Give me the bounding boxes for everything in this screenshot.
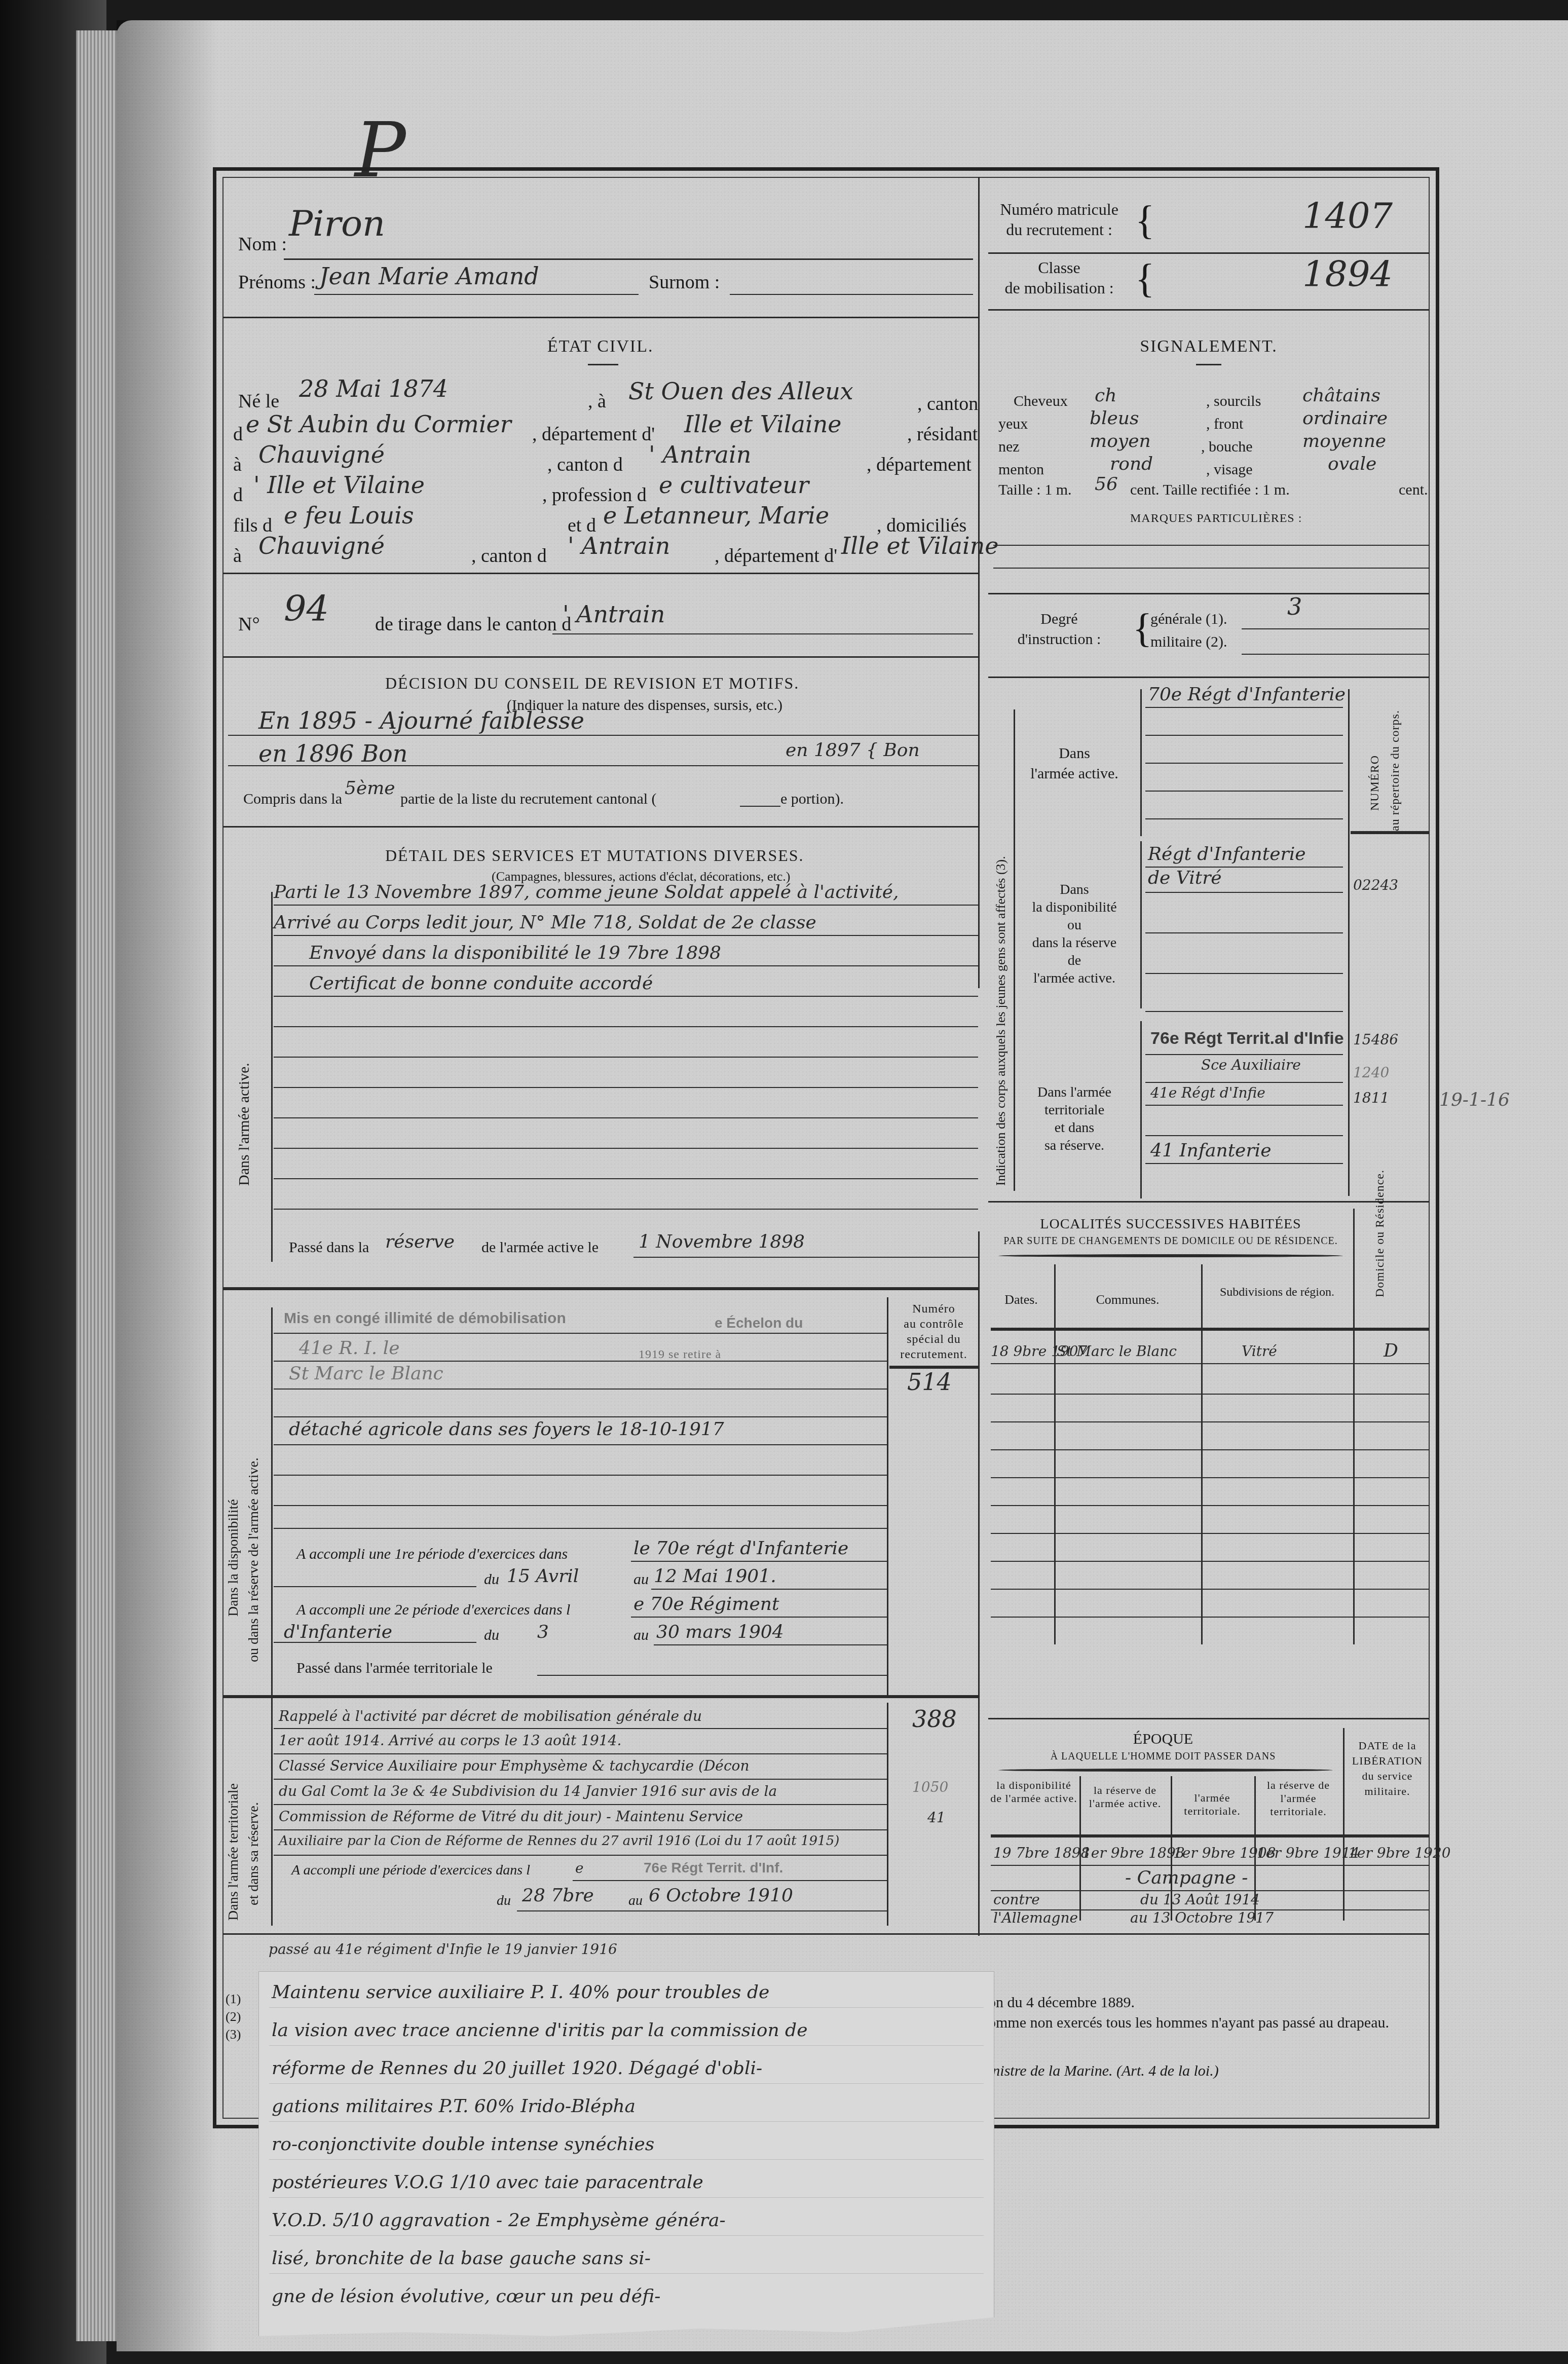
pasted-note-top-line: passé au 41e régiment d'Infie le 19 janv…	[269, 1941, 617, 1958]
localite-row-1-dr: D	[1384, 1340, 1398, 1361]
bouche-label: , bouche	[1201, 438, 1253, 456]
dispo-label-1: Dans	[1019, 882, 1130, 898]
territoriale-line-1: Rappelé à l'activité par décret de mobil…	[279, 1708, 702, 1724]
pasted-note: Maintenu service auxiliaire P. I. 40% po…	[258, 1971, 994, 2347]
page-gutter-shadow	[117, 20, 218, 2351]
service-rule-7	[274, 1087, 978, 1088]
militaire-underline	[1242, 654, 1429, 655]
territ-rule-4	[1145, 1135, 1343, 1136]
territoriale-controle-value: 388	[912, 1705, 957, 1733]
note-rule	[269, 2159, 984, 2160]
echelon-stamp: e Échelon du	[715, 1315, 803, 1331]
corps-numero-divider	[1348, 689, 1350, 1196]
territoriale-faded-stamp: 76e Régt Territ. d'Inf.	[644, 1860, 783, 1876]
matricule-label-2: du recrutement :	[988, 220, 1130, 239]
note-rule	[269, 2197, 984, 2198]
territoriale-periode-du: 28 7bre	[522, 1885, 594, 1906]
localites-subtitle: PAR SUITE DE CHANGEMENTS DE DOMICILE OU …	[988, 1235, 1353, 1247]
etat-civil-title: ÉTAT CIVIL.	[547, 337, 653, 356]
epoque-flourish	[998, 1769, 1333, 1772]
territ-rule-2	[1145, 1082, 1343, 1083]
corps-side-label: Indication des corps auxquels les jeunes…	[993, 856, 1009, 1186]
departement-parents-value: Ille et Vilaine	[841, 532, 999, 559]
yeux-value: bleus	[1090, 408, 1139, 429]
epoque-col-2-header: la réserve de l'armée active.	[1080, 1784, 1170, 1810]
note-line-6: postérieures V.O.G 1/10 avec taie parace…	[272, 2172, 703, 2193]
epoque-rule-1	[991, 1865, 1429, 1866]
territoriale-line-2: 1er août 1914. Arrivé au corps le 13 aoû…	[279, 1732, 621, 1749]
dispo-label-4: dans la réserve	[1019, 935, 1130, 951]
periode2-corps-underline	[631, 1617, 887, 1618]
periode2-au-underline	[654, 1644, 887, 1645]
epoque-col-4-header: la réserve de l'armée territoriale.	[1255, 1779, 1341, 1818]
periode2-corps: e 70e Régiment	[633, 1594, 779, 1615]
periode1-du-label: du	[484, 1571, 499, 1588]
domicile-a-label: à	[233, 545, 242, 567]
reserve-divider	[223, 1695, 978, 1698]
territ-label-4: sa réserve.	[1019, 1138, 1130, 1154]
matricule-label-1: Numéro matricule	[988, 200, 1130, 219]
note-line-8: lisé, bronchite de la base gauche sans s…	[272, 2248, 651, 2269]
periode1-au-value: 12 Mai 1901.	[654, 1566, 776, 1587]
corps-divider	[988, 1201, 1429, 1203]
departement-naissance-value: Ille et Vilaine	[684, 410, 842, 438]
controle-label-1: Numéro	[889, 1302, 978, 1316]
sourcils-label: , sourcils	[1206, 393, 1261, 410]
instruction-divider	[988, 677, 1429, 678]
dispo-bracket	[1140, 841, 1142, 1008]
territoriale-periode-corps: e	[575, 1860, 584, 1877]
generale-underline	[1242, 628, 1429, 629]
service-rule-2	[274, 935, 978, 936]
territoriale-periode-au: 6 Octobre 1910	[649, 1885, 793, 1906]
departement-parents-label: , département d'	[715, 545, 837, 567]
epoque-col-3-header: l'armée territoriale.	[1172, 1791, 1253, 1818]
periode2-au-label: au	[633, 1627, 649, 1644]
campagne-2: l'Allemagne	[993, 1909, 1078, 1926]
tirage-divider	[223, 656, 978, 658]
territ-value-3: 41e Régt d'Infie	[1150, 1084, 1265, 1101]
reserve-hand-1: 41e R. I. le	[299, 1338, 399, 1359]
nez-value: moyen	[1090, 431, 1151, 452]
territ-bracket	[1140, 1021, 1142, 1198]
classe-brace: {	[1135, 256, 1154, 302]
departement-residence-label: , département	[867, 454, 972, 476]
degre-brace: {	[1133, 606, 1152, 652]
localites-col-divider-1	[1054, 1264, 1056, 1644]
localites-rule-3	[991, 1421, 1429, 1422]
taille-value: 56	[1095, 474, 1118, 495]
territoriale-line-4: du Gal Comt la 3e & 4e Subdivision du 14…	[279, 1783, 777, 1799]
canton-label: , canton	[917, 393, 978, 415]
signalement-rule	[1196, 364, 1221, 365]
cent-label: cent.	[1399, 481, 1428, 499]
lieu-naissance-value: St Ouen des Alleux	[628, 378, 853, 405]
territ-rule-3	[1145, 1105, 1343, 1106]
note-line-4: gations militaires P.T. 60% Irido-Blépha	[272, 2096, 636, 2117]
reserve-rule-4	[274, 1416, 887, 1417]
prenoms-value: Jean Marie Amand	[319, 262, 539, 290]
prenoms-label: Prénoms :	[238, 271, 316, 293]
canton-residence-label: , canton d	[547, 454, 623, 476]
service-rule-3	[274, 965, 978, 966]
passe-mid-label: de l'armée active le	[481, 1239, 599, 1256]
epoque-value-1: 19 7bre 1898	[993, 1845, 1090, 1861]
periode1-au-label: au	[633, 1571, 649, 1588]
territoriale-periode-label: A accompli une période d'exercices dans …	[291, 1862, 530, 1879]
reserve-side-label-1: Dans la disponibilité	[226, 1499, 242, 1617]
marques-title: MARQUES PARTICULIÈRES :	[1130, 512, 1302, 526]
pere-value: e feu Louis	[284, 502, 414, 529]
residant-label: , résidant	[907, 423, 978, 445]
territ-value-4: 41 Infanterie	[1150, 1140, 1271, 1161]
service-rule-9	[274, 1148, 978, 1149]
territoriale-rule-2	[274, 1753, 887, 1754]
front-value: ordinaire	[1302, 408, 1388, 429]
departement-residence-value: ' Ille et Vilaine	[253, 471, 425, 499]
classe-value: 1894	[1302, 253, 1393, 295]
decision-divider	[223, 826, 978, 828]
footnote-marker-2: (2)	[226, 2009, 241, 2024]
localite-row-1-subdivision: Vitré	[1242, 1343, 1277, 1360]
territ-rule-5	[1145, 1163, 1343, 1164]
ne-le-label: Né le	[238, 390, 279, 412]
canton-parents-label: , canton d	[471, 545, 547, 567]
dispo-rule-5	[1145, 1011, 1343, 1012]
classe-label-1: Classe	[988, 258, 1130, 277]
territoriale-periode-underline	[573, 1880, 887, 1881]
decision-title: DÉCISION DU CONSEIL DE REVISION ET MOTIF…	[385, 674, 799, 693]
menton-value: rond	[1110, 454, 1153, 474]
compris-value: 5ème	[345, 778, 395, 799]
localites-dr-divider	[1353, 1209, 1355, 1644]
active-bracket	[1140, 689, 1142, 836]
service-line-4: Certificat de bonne conduite accordé	[309, 973, 653, 994]
territoriale-line-3: Classé Service Auxiliaire pour Emphysème…	[279, 1757, 750, 1774]
localites-rule-4	[991, 1449, 1429, 1450]
dispo-label-2: la disponibilité	[1019, 899, 1130, 916]
territoriale-periode-au-label: au	[628, 1893, 643, 1909]
matricule-value: 1407	[1302, 195, 1393, 237]
territ-numero-1: 15486	[1353, 1031, 1398, 1048]
decision-underline-2	[228, 765, 978, 766]
demobilisation-stamp: Mis en congé illimité de démobilisation	[284, 1310, 566, 1327]
service-line-1: Parti le 13 Novembre 1897, comme jeune S…	[274, 882, 899, 903]
footnotes-divider	[223, 1933, 1429, 1935]
reserve-rule-7	[274, 1505, 887, 1506]
footnote-line-1: on du 4 décembre 1889.	[988, 1994, 1135, 2011]
nom-label: Nom :	[238, 233, 287, 255]
localites-flourish	[998, 1254, 1343, 1257]
periode1-corps-underline	[631, 1561, 887, 1562]
localite-row-1-commune: St Marc le Blanc	[1057, 1343, 1177, 1360]
margin-date: 19-1-16	[1439, 1090, 1510, 1110]
domicile-parents-value: Chauvigné	[258, 532, 385, 559]
localites-col-divider-2	[1201, 1264, 1203, 1644]
territoriale-rule-1	[274, 1728, 887, 1729]
liberation-header: DATE de la LIBÉRATION du service militai…	[1346, 1738, 1429, 1799]
footnote-line-2: omme non exercés tous les hommes n'ayant…	[988, 2014, 1389, 2032]
passe-label: Passé dans la	[289, 1239, 369, 1256]
corps-numero-label-2: au répertoire du corps.	[1389, 710, 1402, 831]
passe-value: réserve	[385, 1231, 455, 1252]
reserve-rule-2	[274, 1361, 887, 1362]
active-rule-1	[1145, 707, 1343, 708]
matricule-brace: {	[1135, 198, 1154, 244]
controle-column-divider	[887, 1297, 888, 1698]
dispo-label-5: de	[1019, 953, 1130, 969]
service-rule-1	[274, 905, 978, 906]
service-rule-10	[274, 1178, 978, 1179]
tirage-numero-value: 94	[284, 588, 329, 629]
generale-label: générale (1).	[1150, 611, 1227, 628]
note-rule	[269, 2045, 984, 2046]
canton-residence-value: ' Antrain	[649, 441, 751, 468]
classe-divider	[988, 309, 1429, 311]
ne-le-value: 28 Mai 1874	[299, 375, 448, 402]
generale-value: 3	[1287, 593, 1302, 620]
note-line-9: gne de lésion évolutive, cœur un peu déf…	[272, 2286, 660, 2307]
dispo-value-1: Régt d'Infanterie	[1148, 844, 1305, 865]
footnote-marker-3: (3)	[226, 2027, 241, 2042]
services-side-label: Dans l'armée active.	[236, 1063, 253, 1186]
note-line-2: la vision avec trace ancienne d'iritis p…	[272, 2020, 807, 2041]
passe-underline	[633, 1257, 978, 1258]
surnom-label: Surnom :	[649, 271, 720, 293]
note-rule	[269, 2273, 984, 2274]
portion-underline	[740, 806, 780, 807]
note-rule	[269, 2083, 984, 2084]
territoriale-rule-6	[274, 1855, 887, 1856]
localites-rule-2	[991, 1394, 1429, 1395]
compris-suffix: partie de la liste du recrutement canton…	[400, 791, 657, 808]
localites-subdivisions-header: Subdivisions de région.	[1206, 1285, 1348, 1300]
periode1-du-value: 15 Avril	[507, 1566, 579, 1587]
periode2-du-value: 3	[537, 1622, 549, 1642]
taille-label: Taille : 1 m.	[998, 481, 1072, 499]
nez-label: nez	[998, 438, 1020, 456]
canton-naissance-value: e St Aubin du Cormier	[246, 410, 511, 438]
periode2-blank-underline	[274, 1642, 476, 1643]
service-line-2: Arrivé au Corps ledit jour, N° Mle 718, …	[274, 912, 816, 933]
note-rule	[269, 2007, 984, 2008]
column-divider-bottom	[978, 1231, 980, 1936]
cheveux-label: Cheveux	[1014, 393, 1068, 410]
canton-de-label: d	[233, 423, 243, 445]
etat-civil-divider	[223, 573, 978, 574]
periode1-blank-underline	[274, 1586, 476, 1587]
residence-a-label: à	[233, 454, 242, 476]
dispo-rule-4	[1145, 973, 1343, 974]
bouche-value: moyenne	[1302, 431, 1386, 452]
yeux-label: yeux	[998, 416, 1028, 433]
note-rule	[269, 2121, 984, 2122]
campagne-du: du 13 Août 1914	[1140, 1891, 1260, 1908]
marques-rule-1	[993, 545, 1429, 546]
services-divider	[223, 1287, 978, 1290]
dispo-value-2: de Vitré	[1148, 868, 1222, 888]
page-stack-edge	[76, 30, 122, 2341]
campagne-title: - Campagne -	[1125, 1867, 1248, 1888]
active-label-1: Dans	[1019, 745, 1130, 762]
note-line-7: V.O.D. 5/10 aggravation - 2e Emphysème g…	[272, 2210, 726, 2231]
epoque-subtitle: À LAQUELLE L'HOMME DOIT PASSER DANS	[988, 1751, 1338, 1762]
active-rule-2	[1145, 735, 1343, 736]
territoriale-line-6: Auxiliaire par la Cion de Réforme de Ren…	[279, 1833, 839, 1849]
note-rule	[269, 2235, 984, 2236]
periode1-corps: le 70e régt d'Infanterie	[633, 1538, 848, 1559]
localites-dates-header: Dates.	[988, 1292, 1054, 1307]
territ-value-2: Sce Auxiliaire	[1201, 1057, 1301, 1073]
passe-date-value: 1 Novembre 1898	[639, 1231, 805, 1252]
service-rule-8	[274, 1117, 978, 1118]
campagne-1: contre	[993, 1891, 1040, 1908]
dispo-label-3: ou	[1019, 917, 1130, 933]
corps-side-rule	[1014, 709, 1015, 1191]
tirage-underline	[552, 633, 973, 634]
etat-civil-rule	[588, 364, 618, 365]
territoriale-rule-5	[274, 1829, 887, 1830]
note-line-3: réforme de Rennes du 20 juillet 1920. Dé…	[272, 2058, 762, 2079]
active-rule-4	[1145, 791, 1343, 792]
periode2-label: A accompli une 2e période d'exercices da…	[296, 1601, 570, 1619]
reserve-side-bracket	[271, 1307, 273, 1703]
reserve-rule-3	[274, 1389, 887, 1390]
localites-rule-10	[991, 1617, 1429, 1618]
territ-rule-1	[1145, 1054, 1343, 1055]
corps-numero-label-1: NUMÉRO	[1368, 755, 1382, 811]
nom-value: Piron	[289, 203, 385, 244]
active-value: 70e Régt d'Infanterie	[1148, 684, 1346, 705]
classe-label-2: de mobilisation :	[988, 279, 1130, 297]
service-rule-5	[274, 1026, 978, 1027]
services-side-bracket	[271, 892, 273, 1262]
signalement-divider	[988, 593, 1429, 594]
tirage-label: de tirage dans le canton d	[375, 613, 571, 635]
liberation-value: 1er 9bre 1920	[1348, 1845, 1451, 1861]
reserve-hand-2: St Marc le Blanc	[289, 1363, 443, 1384]
footnote-marker-1: (1)	[226, 1992, 241, 2007]
decision-line-2: en 1896 Bon	[258, 740, 407, 767]
mere-value: e Letanneur, Marie	[603, 502, 829, 529]
signalement-title: SIGNALEMENT.	[988, 337, 1429, 356]
tirage-canton-value: ' Antrain	[563, 601, 665, 628]
localites-header-rule	[991, 1328, 1429, 1331]
territoriale-line-5: Commission de Réforme de Vitré du dit jo…	[279, 1808, 743, 1825]
controle-label-4: recrutement.	[889, 1348, 978, 1362]
territoriale-periode-dates-underline	[517, 1910, 887, 1911]
service-rule-6	[274, 1057, 978, 1058]
localites-rule-8	[991, 1561, 1429, 1562]
localites-rule-7	[991, 1533, 1429, 1534]
dispo-numero: 02243	[1353, 877, 1398, 893]
portion-suffix: e portion).	[780, 791, 844, 808]
service-line-3: Envoyé dans la disponibilité le 19 7bre …	[309, 943, 721, 963]
reserve-rule-1	[274, 1333, 887, 1334]
reserve-rule-8	[274, 1528, 887, 1529]
active-rule-3	[1145, 763, 1343, 764]
periode2-corps-2: d'Infanterie	[284, 1622, 392, 1642]
localites-communes-header: Communes.	[1054, 1292, 1201, 1307]
register-page: P Nom : Piron Prénoms : Jean Marie Amand…	[117, 20, 1568, 2351]
territ-label-3: et dans	[1019, 1120, 1130, 1136]
taille-rectifiee-label: cent. Taille rectifiée : 1 m.	[1130, 481, 1290, 499]
epoque-header-rule	[991, 1834, 1429, 1837]
territ-stamp: 76e Régt Territ.al d'Infie	[1150, 1029, 1344, 1048]
dispo-rule-2	[1145, 892, 1343, 893]
profession-value: e cultivateur	[659, 471, 809, 499]
footnote-line-3: inistre de la Marine. (Art. 4 de la loi.…	[988, 2062, 1219, 2080]
territoriale-controle-divider	[887, 1703, 888, 1926]
decision-line-1: En 1895 - Ajourné faiblesse	[258, 707, 584, 734]
services-title: DÉTAIL DES SERVICES ET MUTATIONS DIVERSE…	[385, 846, 804, 865]
reserve-side-label-2: ou dans la réserve de l'armée active.	[246, 1457, 262, 1662]
tirage-no-label: N°	[238, 613, 260, 635]
retire-stamp: 1919 se retire à	[639, 1348, 721, 1362]
periode1-label: A accompli une 1re période d'exercices d…	[296, 1546, 568, 1563]
reserve-rule-5	[274, 1444, 887, 1445]
cheveux-value: ch	[1095, 385, 1116, 406]
periode2-au-value: 30 mars 1904	[656, 1622, 784, 1642]
epoque-liberation-divider	[1343, 1728, 1345, 1921]
reserve-rule-6	[274, 1475, 887, 1476]
territ-numero-3: 1811	[1353, 1090, 1389, 1106]
controle-label-3: spécial du	[889, 1333, 978, 1346]
service-rule-4	[274, 996, 978, 997]
controle-value: 514	[907, 1368, 952, 1396]
departement-d-label: d	[233, 484, 243, 506]
visage-value: ovale	[1328, 454, 1376, 474]
territoriale-side-bracket	[271, 1703, 273, 1926]
dispo-rule-3	[1145, 932, 1343, 933]
visage-label: , visage	[1206, 461, 1253, 478]
localites-divider	[988, 1718, 1429, 1719]
territoriale-controle-side-2: 41	[927, 1809, 946, 1826]
epoque-col-1-header: la disponibilité de l'armée active.	[989, 1779, 1078, 1805]
decision-line-2-right: en 1897 { Bon	[786, 740, 920, 761]
localites-rule-5	[991, 1477, 1429, 1478]
surnom-underline	[730, 294, 973, 295]
residence-value: Chauvigné	[258, 441, 385, 468]
departement-label: , département d'	[532, 423, 655, 445]
localites-rule-1	[991, 1363, 1429, 1364]
note-line-5: ro-conjonctivite double intense synéchie…	[272, 2134, 654, 2155]
nom-underline	[284, 258, 973, 260]
front-label: , front	[1206, 416, 1243, 433]
periode1-au-underline	[651, 1589, 887, 1590]
compris-label: Compris dans la	[243, 791, 342, 808]
note-line-1: Maintenu service auxiliaire P. I. 40% po…	[272, 1982, 769, 2003]
epoque-title: ÉPOQUE	[988, 1731, 1338, 1748]
territoriale-passe-label: Passé dans l'armée territoriale le	[296, 1660, 493, 1677]
menton-label: menton	[998, 461, 1044, 478]
epoque-value-4: 1er 9bre 1914	[1257, 1845, 1360, 1861]
active-label-2: l'armée active.	[1019, 765, 1130, 782]
territoriale-passe-underline	[537, 1675, 887, 1676]
territoriale-controle-side-1: 1050	[912, 1779, 948, 1795]
dispo-label-6: l'armée active.	[1019, 970, 1130, 987]
sourcils-value: châtains	[1302, 385, 1380, 406]
prenoms-underline	[314, 294, 639, 295]
territ-numero-2: 1240	[1353, 1064, 1389, 1081]
header-divider	[223, 317, 978, 318]
territoriale-rule-3	[274, 1779, 887, 1780]
column-divider-top	[978, 177, 980, 988]
territoriale-side-label-1: Dans l'armée territoriale	[226, 1783, 242, 1921]
territoriale-periode-du-label: du	[497, 1893, 511, 1909]
degre-label-2: d'instruction :	[993, 631, 1125, 648]
territ-label-2: territoriale	[1019, 1102, 1130, 1118]
